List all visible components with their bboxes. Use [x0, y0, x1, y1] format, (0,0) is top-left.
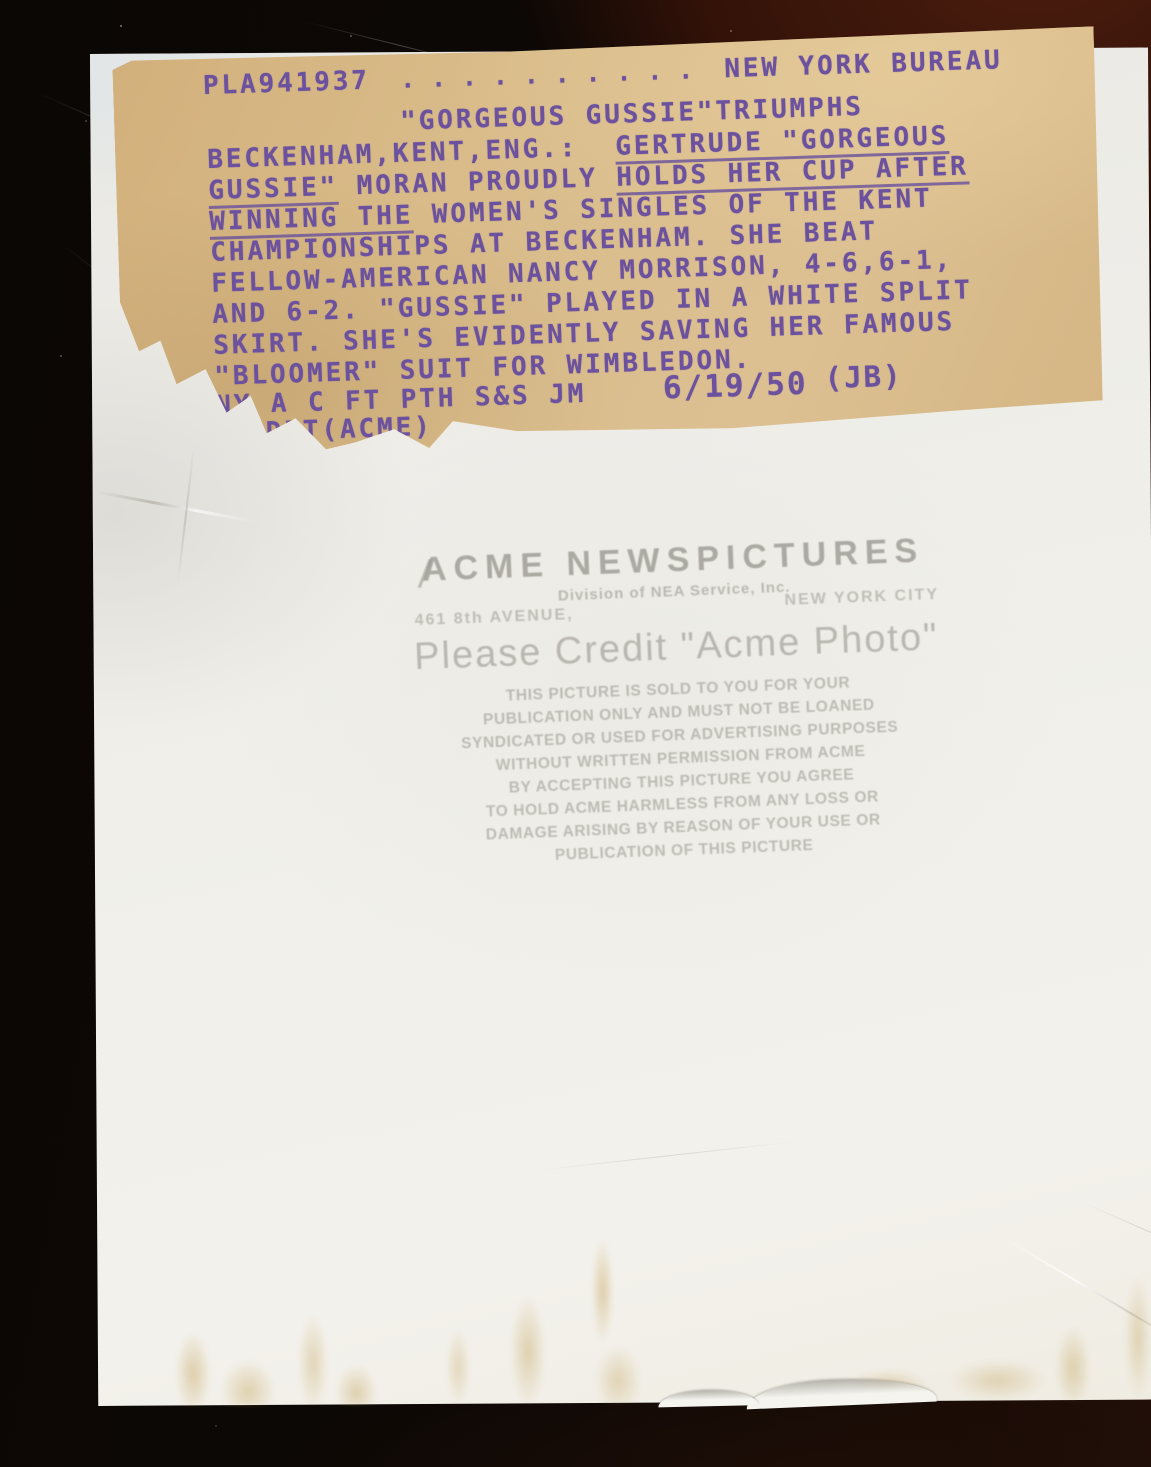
crease-mark	[177, 446, 195, 585]
acme-rubber-stamp: / ACME NEWSPICTURES Division of NEA Serv…	[390, 530, 967, 872]
caption-body: BECKENHAM,KENT,ENG.: GERTRUDE "GORGEOUSG…	[207, 120, 975, 392]
crease-mark	[98, 491, 256, 524]
dust-specks	[120, 25, 122, 27]
press-photo-back-scan: / ACME NEWSPICTURES Division of NEA Serv…	[0, 0, 1151, 1467]
typed-caption-slip: PLA941937 . . . . . . . . . . NEW YORK B…	[112, 26, 1106, 457]
dot-leader: . . . . . . . . . .	[369, 55, 724, 94]
photo-id: PLA941937	[202, 66, 370, 101]
crease-mark	[537, 1141, 796, 1171]
editor-initials: (JB)	[824, 359, 903, 395]
date-stamp: 6/19/50	[662, 366, 808, 407]
stamp-terms-block: THIS PICTURE IS SOLD TO YOU FOR YOURPUBL…	[395, 667, 967, 873]
bureau-label: NEW YORK BUREAU	[724, 45, 1003, 84]
foxing-stains	[97, 1228, 1151, 1406]
stamp-street-address: 461 8th AVENUE,	[414, 606, 574, 630]
